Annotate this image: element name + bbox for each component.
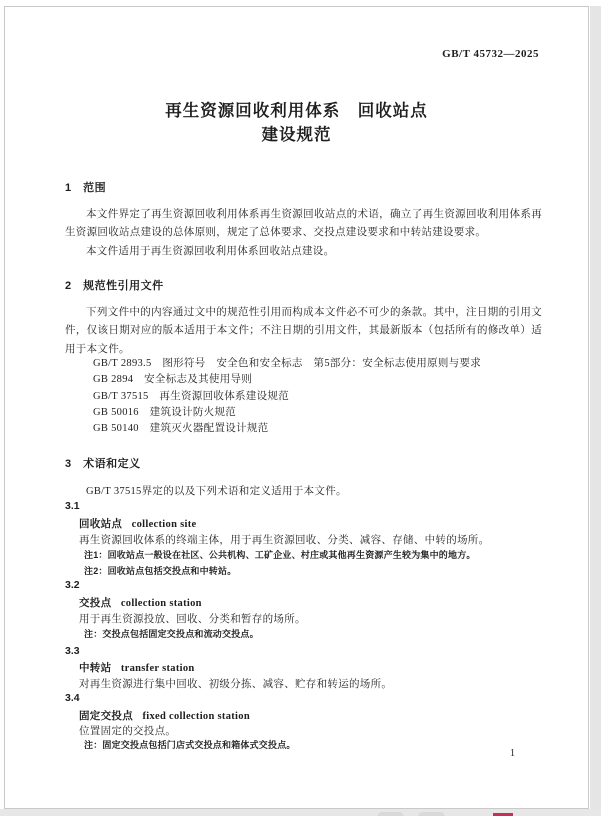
term-name-zh: 中转站 [79, 662, 111, 674]
reference-item: GB 50140 建筑灭火器配置设计规范 [65, 421, 542, 437]
section-1-paragraph-2: 本文件适用于再生资源回收利用体系回收站点建设。 [65, 243, 542, 261]
section-3-heading: 3 术语和定义 [65, 455, 542, 471]
term-definition: 再生资源回收体系的终端主体，用于再生资源回收、分类、减容、存储、中转的场所。 [65, 532, 542, 547]
term-number: 3.4 [65, 692, 542, 704]
term-name-en: fixed collection station [142, 711, 250, 722]
viewer-button-pill[interactable] [418, 812, 445, 816]
term-name-en: collection site [132, 519, 197, 530]
term-definition: 位置固定的交投点。 [65, 723, 542, 738]
term-title: 固定交投点fixed collection station [65, 708, 542, 723]
viewer-button-pill[interactable] [377, 812, 404, 816]
term-number: 3.2 [65, 579, 542, 591]
term-note: 注2：回收站点包括交投点和中转站。 [65, 564, 542, 577]
reference-item: GB 2894 安全标志及其使用导则 [65, 372, 542, 388]
term-note: 注：固定交投点包括门店式交投点和箱体式交投点。 [65, 738, 542, 751]
term-note: 注：交投点包括固定交投点和流动交投点。 [65, 627, 542, 640]
term-definition: 用于再生资源投放、回收、分类和暂存的场所。 [65, 611, 542, 626]
reference-item: GB 50016 建筑设计防火规范 [65, 405, 542, 421]
document-page: GB/T 45732—2025 再生资源回收利用体系 回收站点 建设规范 1 范… [4, 6, 589, 809]
section-2-heading: 2 规范性引用文件 [65, 277, 542, 293]
viewer-background: { "doc": { "standard_code": "GB/T 45732—… [0, 0, 601, 816]
standard-code: GB/T 45732—2025 [442, 48, 539, 60]
term-name-en: collection station [121, 598, 202, 609]
document-title-line2: 建设规范 [5, 123, 588, 147]
term-title: 回收站点collection site [65, 516, 542, 531]
normative-references-list: GB/T 2893.5 图形符号 安全色和安全标志 第5部分：安全标志使用原则与… [65, 356, 542, 437]
term-name-en: transfer station [121, 663, 195, 674]
term-name-zh: 交投点 [79, 597, 111, 609]
term-title: 中转站transfer station [65, 660, 542, 675]
term-number: 3.1 [65, 500, 542, 512]
term-name-zh: 回收站点 [79, 518, 122, 530]
section-3-paragraph-1: GB/T 37515界定的以及下列术语和定义适用于本文件。 [65, 483, 542, 501]
document-title-line1: 再生资源回收利用体系 回收站点 [5, 99, 588, 123]
section-1-heading: 1 范围 [65, 179, 542, 195]
section-1-paragraph-1: 本文件界定了再生资源回收利用体系再生资源回收站点的术语，确立了再生资源回收利用体… [65, 206, 542, 243]
term-name-zh: 固定交投点 [79, 710, 133, 722]
reference-item: GB/T 37515 再生资源回收体系建设规范 [65, 389, 542, 405]
page-number: 1 [510, 748, 515, 759]
section-2-paragraph-1: 下列文件中的内容通过文中的规范性引用而构成本文件必不可少的条款。其中，注日期的引… [65, 304, 542, 359]
reference-item: GB/T 2893.5 图形符号 安全色和安全标志 第5部分：安全标志使用原则与… [65, 356, 542, 372]
term-title: 交投点collection station [65, 595, 542, 610]
viewer-right-gutter [590, 6, 601, 809]
term-definition: 对再生资源进行集中回收、初级分拣、减容、贮存和转运的场所。 [65, 676, 542, 691]
document-title: 再生资源回收利用体系 回收站点 建设规范 [5, 99, 588, 147]
term-number: 3.3 [65, 645, 542, 657]
term-note: 注1：回收站点一般设在社区、公共机构、工矿企业、村庄或其他再生资源产生较为集中的… [65, 548, 542, 561]
